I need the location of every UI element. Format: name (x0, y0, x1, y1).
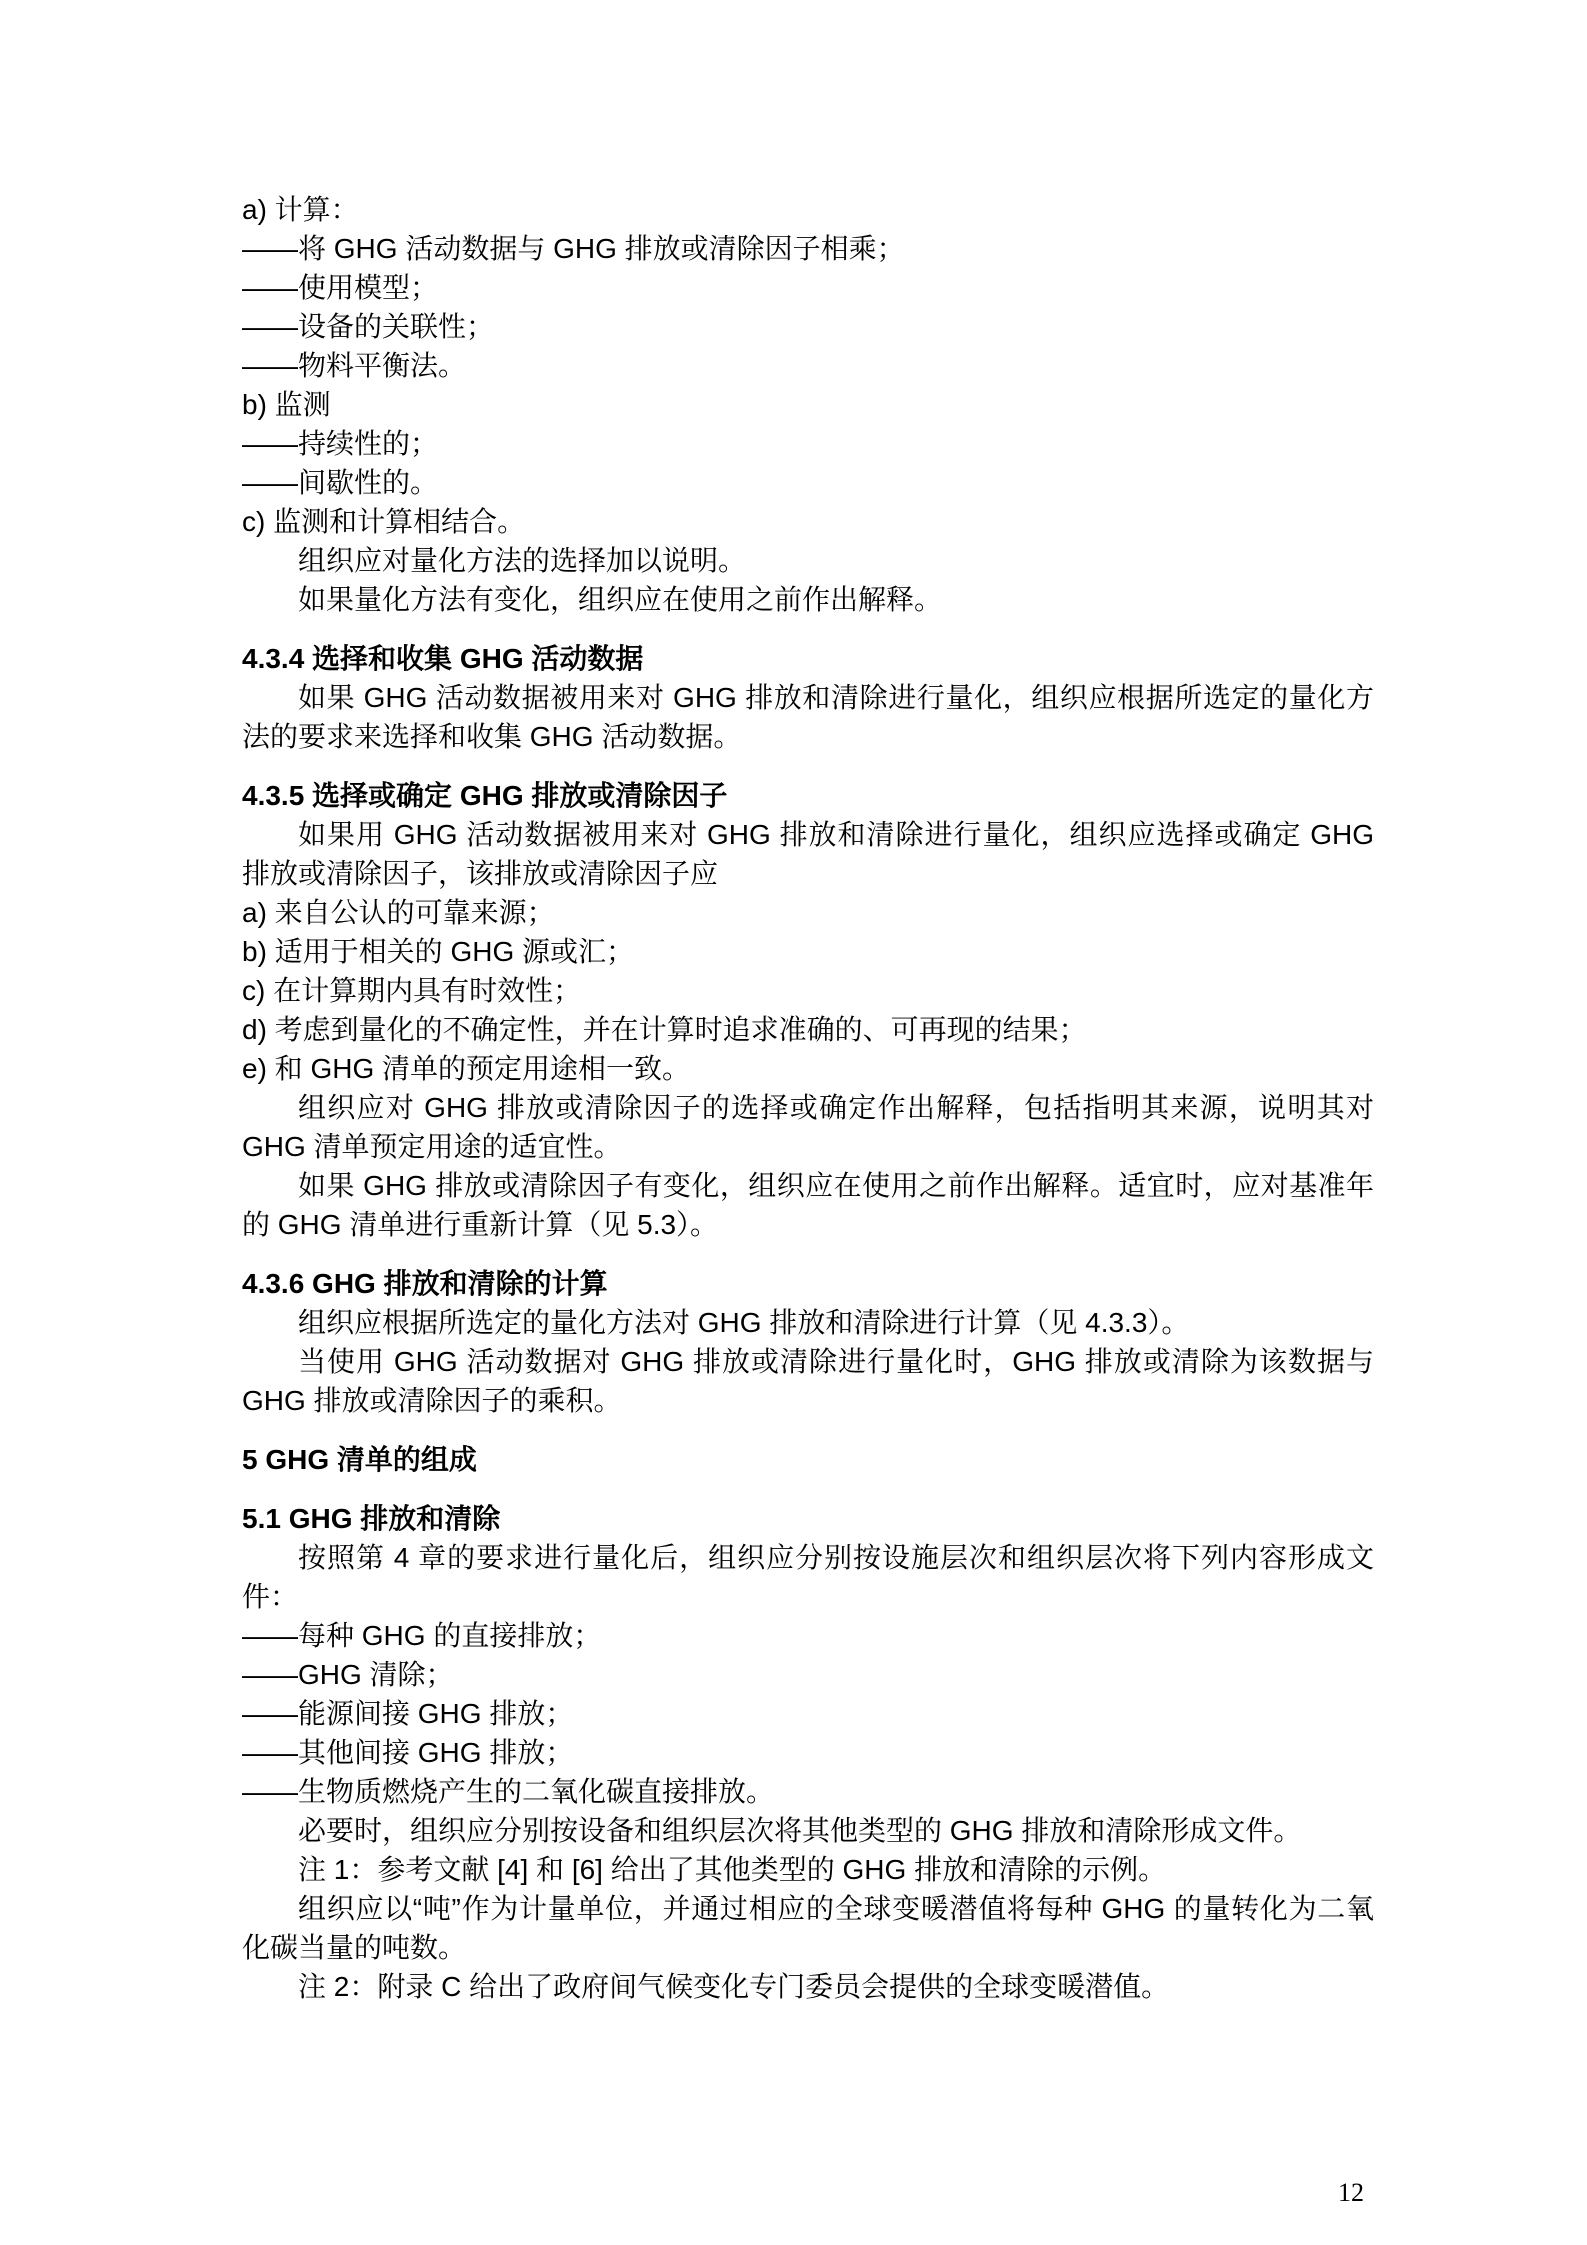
dash-item: ——物料平衡法。 (242, 346, 1374, 385)
document-page: { "page": { "background_color": "#ffffff… (0, 0, 1587, 2245)
paragraph: 必要时，组织应分别按设备和组织层次将其他类型的 GHG 排放和清除形成文件。 (242, 1811, 1374, 1850)
paragraph: 组织应以“吨”作为计量单位，并通过相应的全球变暖潜值将每种 GHG 的量转化为二… (242, 1889, 1374, 1967)
document-body: a) 计算：——将 GHG 活动数据与 GHG 排放或清除因子相乘；——使用模型… (242, 190, 1374, 2006)
paragraph: 如果 GHG 排放或清除因子有变化，组织应在使用之前作出解释。适宜时，应对基准年… (242, 1166, 1374, 1244)
page-number: 12 (1338, 2178, 1364, 2208)
page-background: a) 计算：——将 GHG 活动数据与 GHG 排放或清除因子相乘；——使用模型… (0, 0, 1587, 2245)
paragraph: 当使用 GHG 活动数据对 GHG 排放或清除进行量化时，GHG 排放或清除为该… (242, 1342, 1374, 1420)
section-heading: 4.3.6 GHG 排放和清除的计算 (242, 1264, 1374, 1303)
paragraph: 如果用 GHG 活动数据被用来对 GHG 排放和清除进行量化，组织应选择或确定 … (242, 815, 1374, 893)
paragraph: 按照第 4 章的要求进行量化后，组织应分别按设施层次和组织层次将下列内容形成文件… (242, 1538, 1374, 1616)
list-item: d) 考虑到量化的不确定性，并在计算时追求准确的、可再现的结果； (242, 1010, 1374, 1049)
section-heading: 4.3.5 选择或确定 GHG 排放或清除因子 (242, 776, 1374, 815)
dash-item: ——其他间接 GHG 排放； (242, 1733, 1374, 1772)
list-item: c) 监测和计算相结合。 (242, 502, 1374, 541)
list-item: c) 在计算期内具有时效性； (242, 971, 1374, 1010)
paragraph: 组织应根据所选定的量化方法对 GHG 排放和清除进行计算（见 4.3.3）。 (242, 1303, 1374, 1342)
list-item: a) 来自公认的可靠来源； (242, 893, 1374, 932)
list-item: e) 和 GHG 清单的预定用途相一致。 (242, 1049, 1374, 1088)
dash-item: ——GHG 清除； (242, 1655, 1374, 1694)
dash-item: ——持续性的； (242, 424, 1374, 463)
section-heading: 5 GHG 清单的组成 (242, 1440, 1374, 1479)
dash-item: ——能源间接 GHG 排放； (242, 1694, 1374, 1733)
paragraph: 组织应对量化方法的选择加以说明。 (242, 541, 1374, 580)
paragraph: 如果量化方法有变化，组织应在使用之前作出解释。 (242, 580, 1374, 619)
dash-item: ——将 GHG 活动数据与 GHG 排放或清除因子相乘； (242, 229, 1374, 268)
paragraph: 注 2：附录 C 给出了政府间气候变化专门委员会提供的全球变暖潜值。 (242, 1967, 1374, 2006)
section-heading: 4.3.4 选择和收集 GHG 活动数据 (242, 639, 1374, 678)
section-heading: 5.1 GHG 排放和清除 (242, 1499, 1374, 1538)
paragraph: 注 1：参考文献 [4] 和 [6] 给出了其他类型的 GHG 排放和清除的示例… (242, 1850, 1374, 1889)
list-item: b) 监测 (242, 385, 1374, 424)
paragraph: 组织应对 GHG 排放或清除因子的选择或确定作出解释，包括指明其来源，说明其对 … (242, 1088, 1374, 1166)
list-item: a) 计算： (242, 190, 1374, 229)
dash-item: ——设备的关联性； (242, 307, 1374, 346)
paragraph: 如果 GHG 活动数据被用来对 GHG 排放和清除进行量化，组织应根据所选定的量… (242, 678, 1374, 756)
dash-item: ——使用模型； (242, 268, 1374, 307)
dash-item: ——间歇性的。 (242, 463, 1374, 502)
dash-item: ——生物质燃烧产生的二氧化碳直接排放。 (242, 1772, 1374, 1811)
dash-item: ——每种 GHG 的直接排放； (242, 1616, 1374, 1655)
list-item: b) 适用于相关的 GHG 源或汇； (242, 932, 1374, 971)
